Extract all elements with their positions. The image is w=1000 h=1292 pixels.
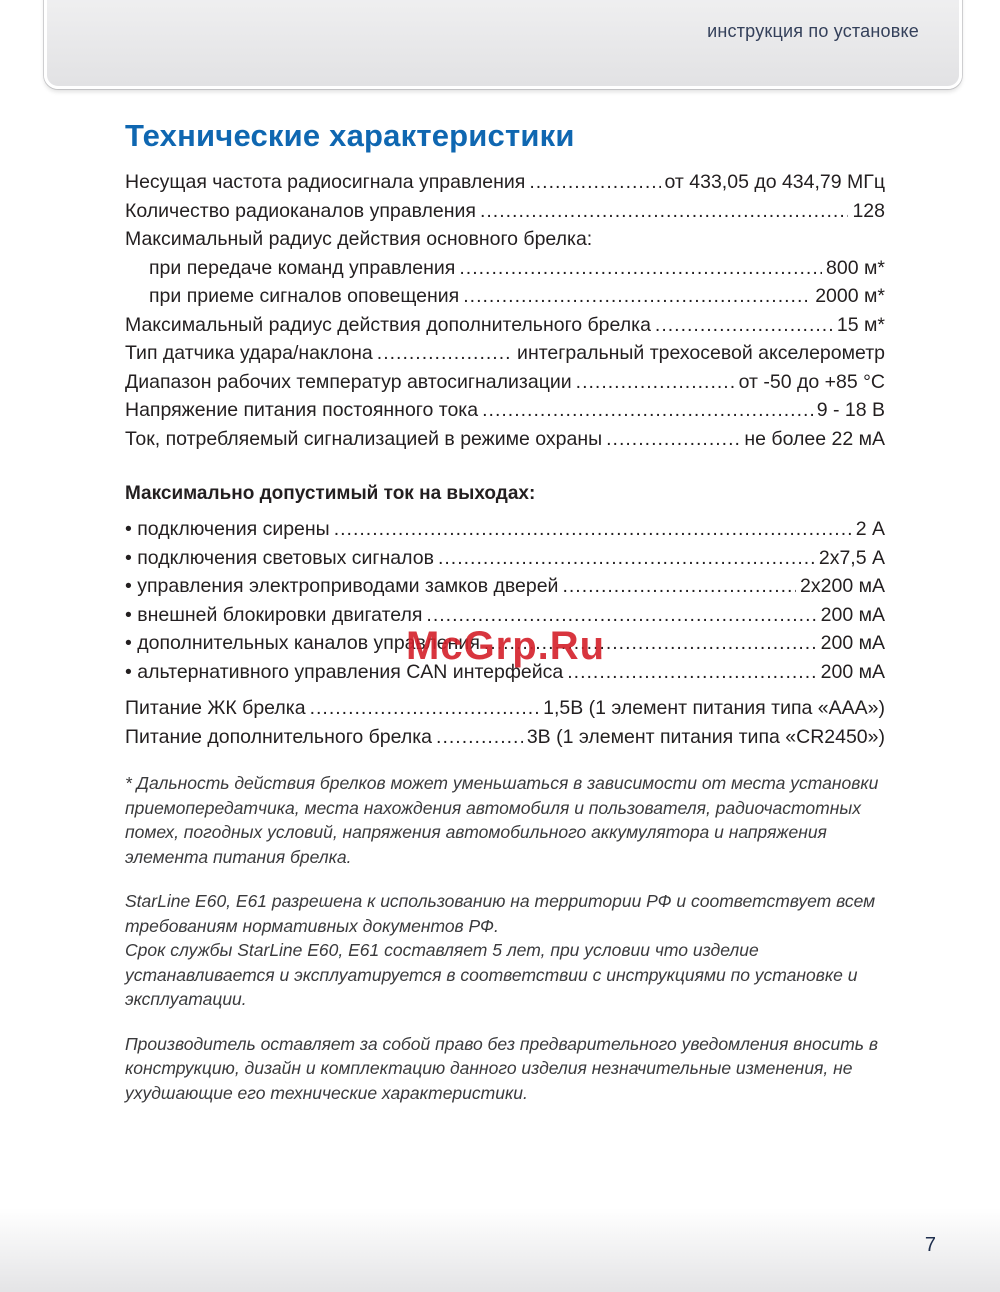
spec-value: 128 [852, 197, 885, 226]
spec-value: не более 22 мА [744, 425, 885, 454]
outputs-heading: Максимально допустимый ток на выходах: [125, 483, 885, 505]
leader-dots [480, 197, 849, 226]
spec-label: Напряжение питания постоянного тока [125, 396, 478, 425]
spec-label: Ток, потребляемый сигнализацией в режиме… [125, 425, 602, 454]
spec-row: при передаче команд управления800 м* [125, 254, 885, 283]
spec-value: 15 м* [837, 311, 885, 340]
spec-value: 2000 м* [815, 282, 885, 311]
output-value: 2 А [856, 515, 885, 544]
spec-row: Несущая частота радиосигнала управленияо… [125, 168, 885, 197]
power-value: 1,5В (1 элемент питания типа «AAA») [543, 694, 885, 723]
manufacturer-note: Производитель оставляет за собой право б… [125, 1032, 885, 1106]
certification-note: StarLine E60, E61 разрешена к использова… [125, 889, 885, 938]
spec-row: Количество радиоканалов управления128 [125, 197, 885, 226]
spec-label: Тип датчика удара/наклона [125, 339, 373, 368]
spec-label: при передаче команд управления [149, 254, 455, 283]
spec-value: интегральный трехосевой акселерометр [517, 339, 885, 368]
leader-dots [459, 254, 822, 283]
leader-dots [436, 723, 523, 752]
spec-row: Напряжение питания постоянного тока9 - 1… [125, 396, 885, 425]
spec-value: от 433,05 до 434,79 МГц [665, 168, 886, 197]
spec-label: Несущая частота радиосигнала управления [125, 168, 525, 197]
service-life-note: Срок службы StarLine E60, E61 составляет… [125, 938, 885, 1012]
content: Технические характеристики Несущая часто… [125, 118, 885, 1105]
spec-label: Максимальный радиус действия основного б… [125, 225, 592, 254]
specs-list: Несущая частота радиосигнала управленияо… [125, 168, 885, 453]
output-value: 2x200 мА [800, 572, 885, 601]
spec-label: при приеме сигналов оповещения [149, 282, 459, 311]
leader-dots [438, 544, 815, 573]
output-label: • подключения сирены [125, 515, 330, 544]
spec-row: Диапазон рабочих температур автосигнализ… [125, 368, 885, 397]
manufacturer-block: Производитель оставляет за собой право б… [125, 1032, 885, 1106]
power-list: Питание ЖК брелка1,5В (1 элемент питания… [125, 694, 885, 751]
power-label: Питание ЖК брелка [125, 694, 306, 723]
spec-row: Максимальный радиус действия дополнитель… [125, 311, 885, 340]
leader-dots [310, 694, 540, 723]
output-value: 200 мА [821, 601, 885, 630]
output-label: • подключения световых сигналов [125, 544, 434, 573]
output-row: • подключения световых сигналов2x7,5 А [125, 544, 885, 573]
spec-value: 9 - 18 В [817, 396, 885, 425]
output-value: 2x7,5 А [819, 544, 885, 573]
output-value: 200 мА [821, 629, 885, 658]
spacer [125, 686, 885, 694]
range-note: * Дальность действия брелков может умень… [125, 771, 885, 869]
spec-label: Количество радиоканалов управления [125, 197, 476, 226]
output-row: • подключения сирены2 А [125, 515, 885, 544]
spec-row: Ток, потребляемый сигнализацией в режиме… [125, 425, 885, 454]
header-panel: инструкция по установке [44, 0, 962, 89]
spec-row: Максимальный радиус действия основного б… [125, 225, 885, 254]
footer-band [0, 1208, 1000, 1292]
output-row: • управления электроприводами замков две… [125, 572, 885, 601]
output-value: 200 мА [821, 658, 885, 687]
spec-value: от -50 до +85 °С [739, 368, 885, 397]
power-label: Питание дополнительного брелка [125, 723, 432, 752]
spec-label: Диапазон рабочих температур автосигнализ… [125, 368, 572, 397]
leader-dots [562, 572, 796, 601]
leader-dots [334, 515, 852, 544]
leader-dots [576, 368, 735, 397]
page-title: Технические характеристики [125, 118, 885, 154]
output-label: • управления электроприводами замков две… [125, 572, 558, 601]
watermark: McGrp.Ru [406, 624, 605, 669]
leader-dots [606, 425, 740, 454]
power-row: Питание дополнительного брелка3В (1 элем… [125, 723, 885, 752]
page-number: 7 [925, 1234, 936, 1257]
section-label: инструкция по установке [707, 21, 919, 42]
spec-row: при приеме сигналов оповещения2000 м* [125, 282, 885, 311]
leader-dots [655, 311, 833, 340]
output-label: • внешней блокировки двигателя [125, 601, 422, 630]
power-value: 3В (1 элемент питания типа «CR2450») [527, 723, 885, 752]
leader-dots [529, 168, 660, 197]
spec-row: Тип датчика удара/наклонаинтегральный тр… [125, 339, 885, 368]
certification-block: StarLine E60, E61 разрешена к использова… [125, 889, 885, 1012]
power-row: Питание ЖК брелка1,5В (1 элемент питания… [125, 694, 885, 723]
spec-label: Максимальный радиус действия дополнитель… [125, 311, 651, 340]
leader-dots [463, 282, 811, 311]
leader-dots [377, 339, 513, 368]
leader-dots [482, 396, 813, 425]
range-note-block: * Дальность действия брелков может умень… [125, 771, 885, 869]
spec-value: 800 м* [826, 254, 885, 283]
